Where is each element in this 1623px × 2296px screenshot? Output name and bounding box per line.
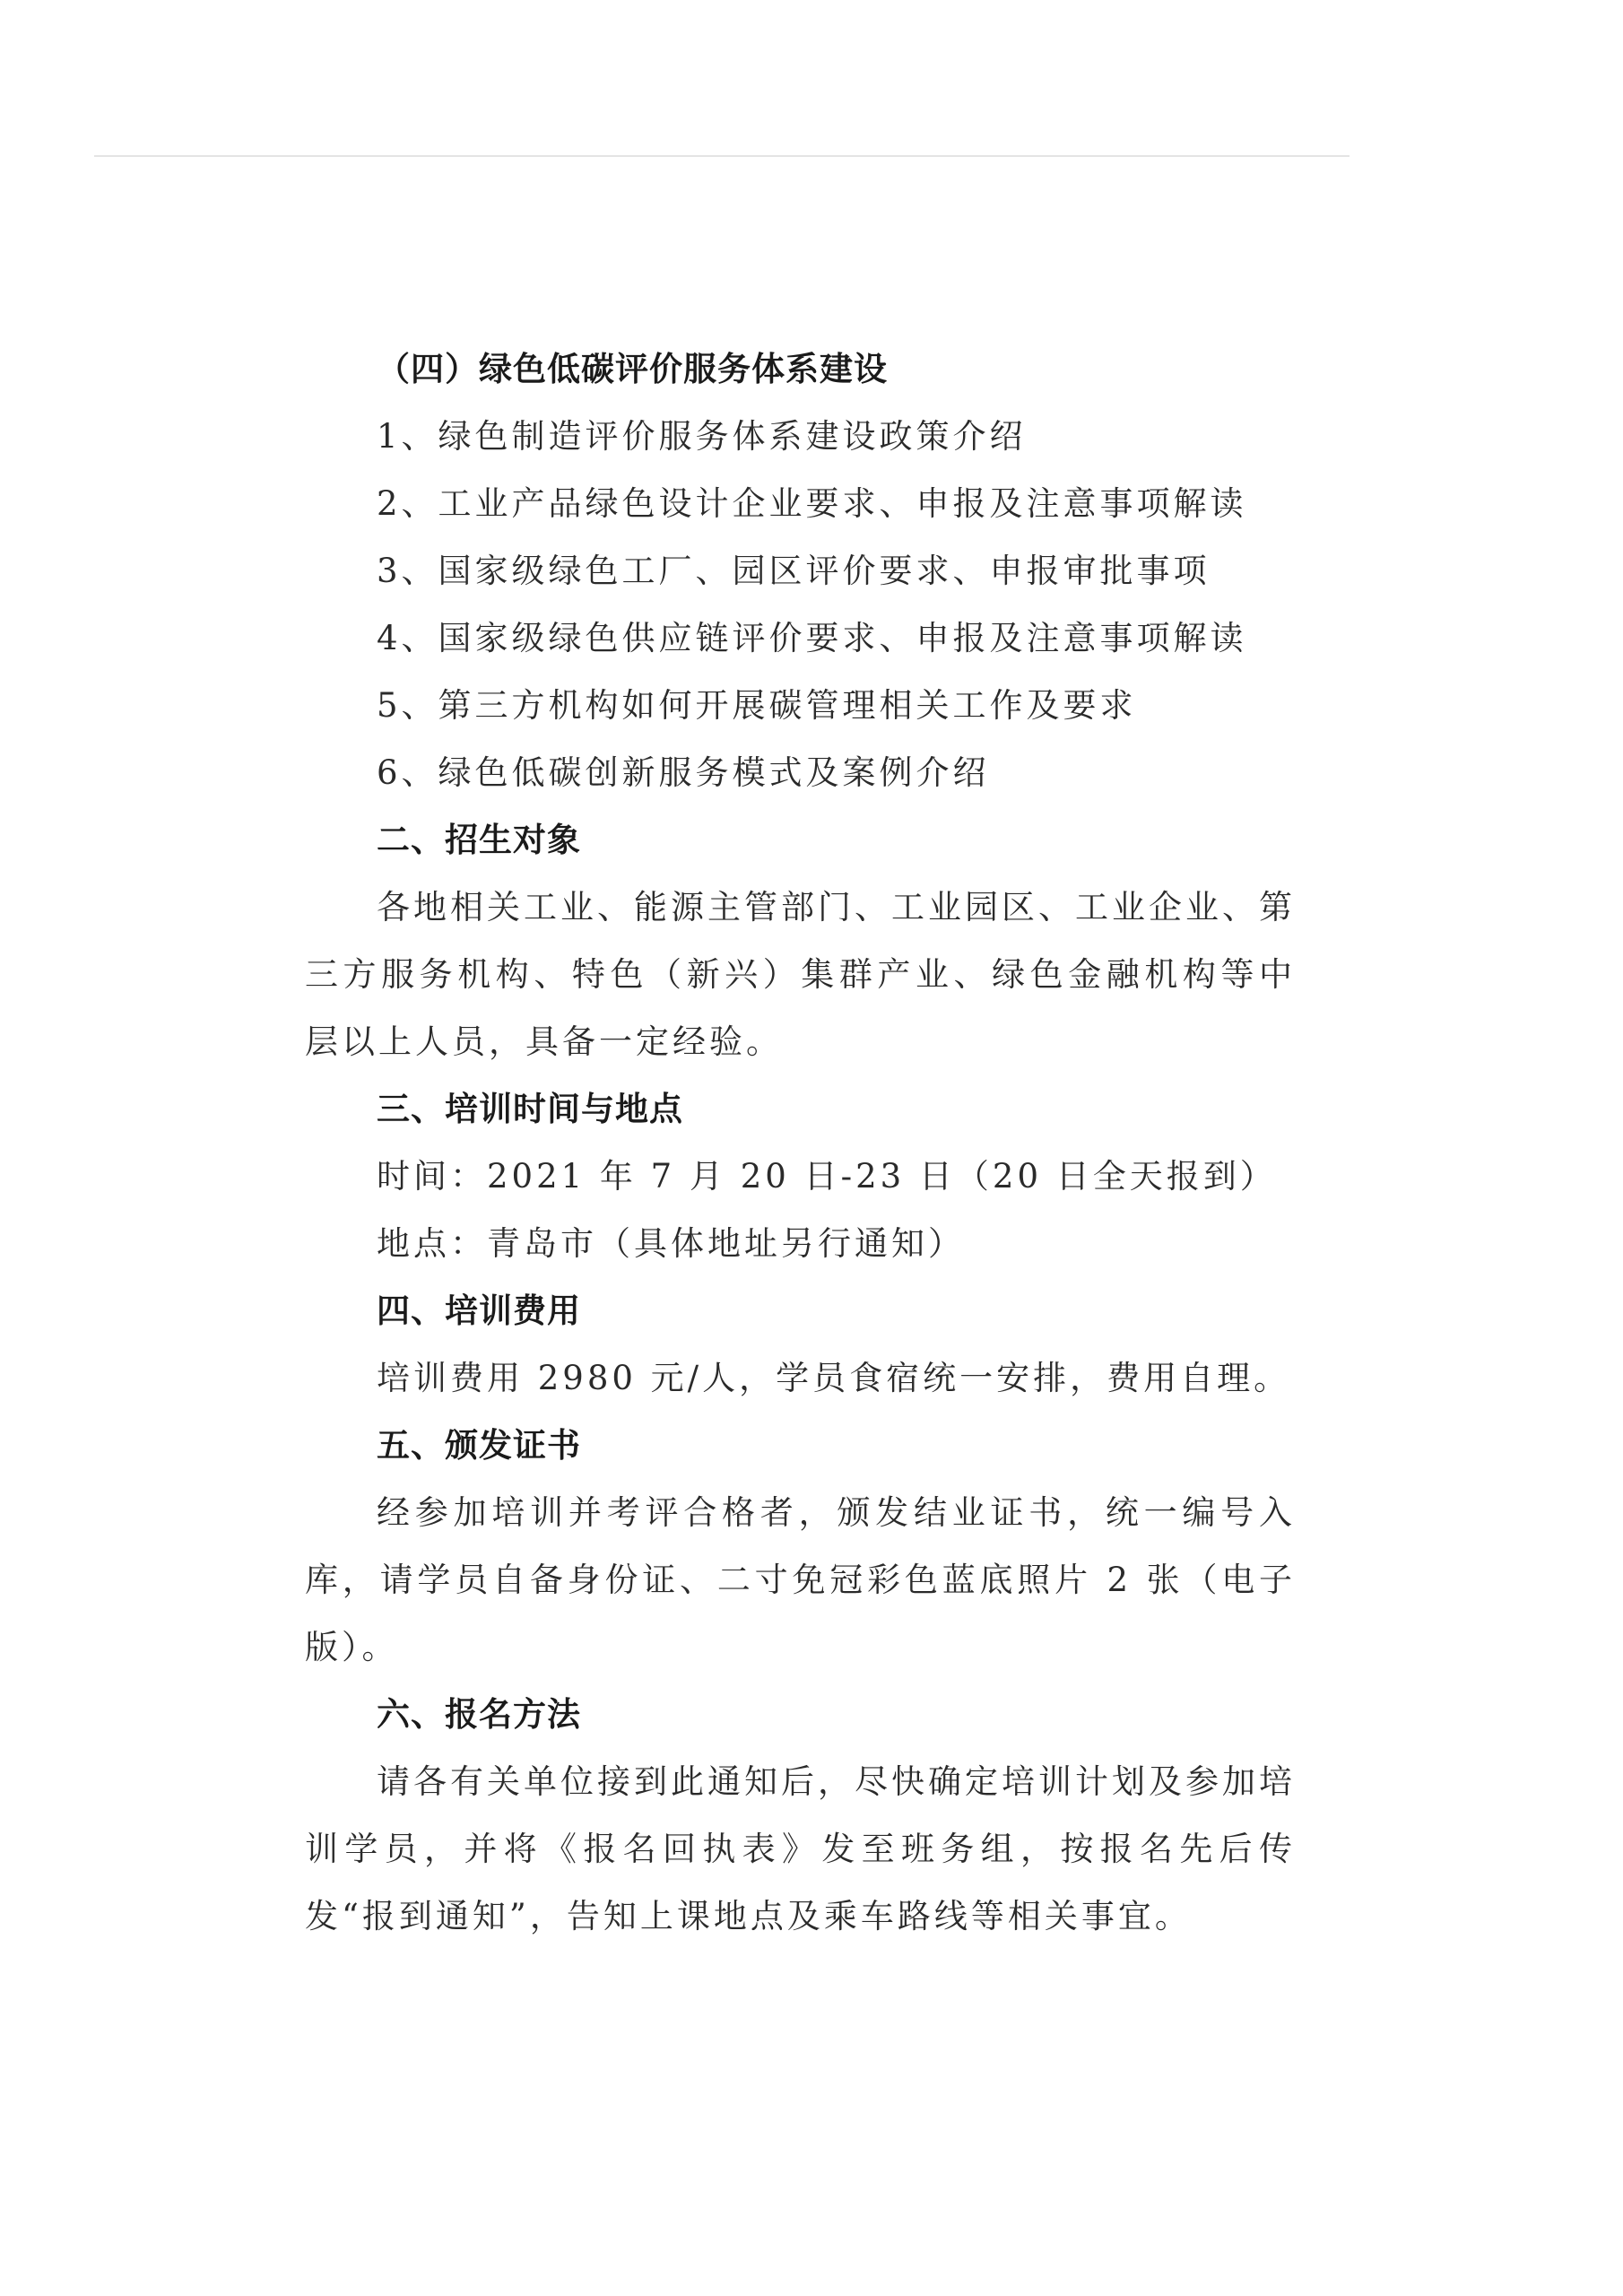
section-heading-fees: 四、培训费用 xyxy=(305,1277,1296,1344)
list-item: 2、工业产品绿色设计企业要求、申报及注意事项解读 xyxy=(305,470,1296,537)
list-item: 6、绿色低碳创新服务模式及案例介绍 xyxy=(305,739,1296,806)
fees-paragraph: 培训费用 2980 元/人，学员食宿统一安排，费用自理。 xyxy=(305,1344,1296,1412)
registration-paragraph: 请各有关单位接到此通知后，尽快确定培训计划及参加培训学员，并将《报名回执表》发至… xyxy=(305,1748,1296,1950)
list-item: 4、国家级绿色供应链评价要求、申报及注意事项解读 xyxy=(305,604,1296,672)
section-heading-certificate: 五、颁发证书 xyxy=(305,1412,1296,1479)
enrollment-paragraph: 各地相关工业、能源主管部门、工业园区、工业企业、第三方服务机构、特色（新兴）集群… xyxy=(305,874,1296,1075)
subsection-heading: （四）绿色低碳评价服务体系建设 xyxy=(305,335,1296,403)
list-item: 1、绿色制造评价服务体系建设政策介绍 xyxy=(305,403,1296,470)
certificate-paragraph: 经参加培训并考评合格者，颁发结业证书，统一编号入库，请学员自备身份证、二寸免冠彩… xyxy=(305,1479,1296,1681)
section-heading-registration: 六、报名方法 xyxy=(305,1681,1296,1748)
list-item: 3、国家级绿色工厂、园区评价要求、申报审批事项 xyxy=(305,537,1296,604)
document-body: （四）绿色低碳评价服务体系建设 1、绿色制造评价服务体系建设政策介绍 2、工业产… xyxy=(305,335,1296,1950)
training-time: 时间：2021 年 7 月 20 日-23 日（20 日全天报到） xyxy=(305,1143,1296,1210)
list-item: 5、第三方机构如何开展碳管理相关工作及要求 xyxy=(305,672,1296,739)
section-heading-enrollment: 二、招生对象 xyxy=(305,806,1296,874)
header-rule xyxy=(94,155,1350,157)
section-heading-time-place: 三、培训时间与地点 xyxy=(305,1075,1296,1143)
training-place: 地点：青岛市（具体地址另行通知） xyxy=(305,1210,1296,1277)
